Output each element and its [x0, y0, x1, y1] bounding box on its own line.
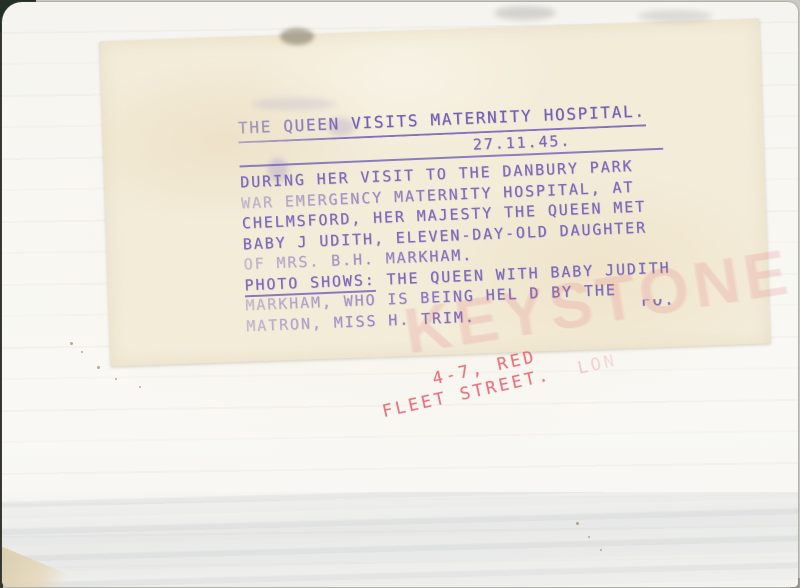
purple-ink-blot — [268, 158, 288, 182]
stain-speckle — [600, 549, 602, 551]
stain-speckle — [81, 351, 83, 353]
stain-speckle — [97, 366, 100, 369]
page: { "photo_back": { "description_domain": … — [0, 0, 800, 588]
ghost-ink-smudge — [252, 98, 336, 110]
stain-speckle — [576, 522, 579, 525]
photo-paper-back: THE QUEEN VISITS MATERNITY HOSPITAL. 27.… — [2, 2, 798, 587]
stain-speckle — [70, 342, 73, 345]
purple-ink-blot — [328, 118, 354, 136]
caption-date: 27.11.45. — [472, 130, 571, 155]
bottom-gray-band — [2, 492, 798, 587]
stain-speckle — [139, 386, 141, 388]
ink-smudge — [280, 28, 314, 45]
gray-smudge-top-right — [638, 10, 712, 22]
stain-speckle — [115, 378, 117, 380]
stain-speckle — [588, 536, 590, 538]
gray-smudge-top — [494, 6, 556, 20]
